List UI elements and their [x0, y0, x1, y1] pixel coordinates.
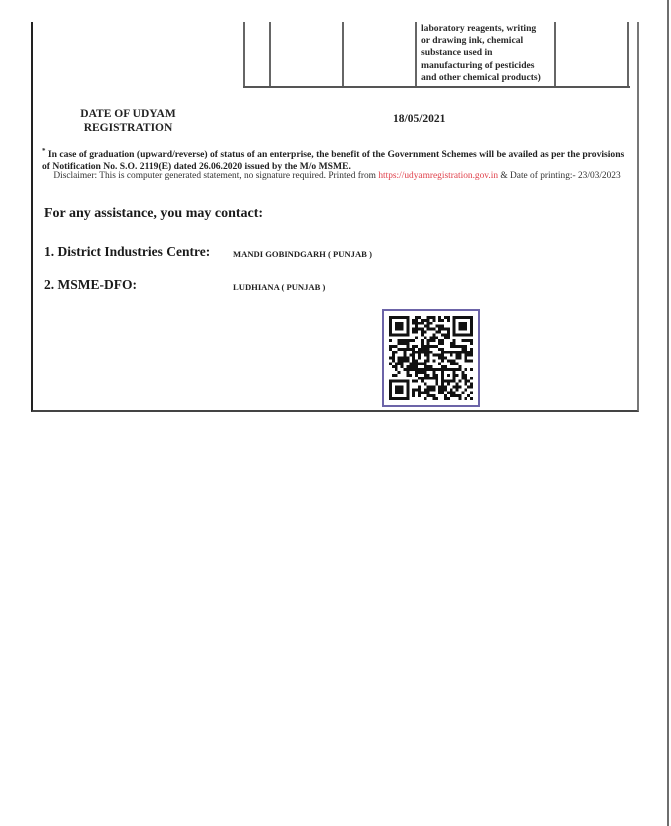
note-marker: * [42, 147, 46, 155]
contact-msme-dfo-value: LUDHIANA ( PUNJAB ) [233, 282, 325, 292]
contact-heading: For any assistance, you may contact: [44, 206, 263, 222]
disclaimer-prefix: Disclaimer: This is computer generated s… [53, 171, 378, 181]
certificate-page: laboratory reagents, writing or drawing … [31, 22, 639, 412]
cell-line: and other chemical products) [421, 72, 556, 84]
table-column-divider [342, 22, 344, 86]
contact-msme-dfo-label: 2. MSME-DFO: [44, 277, 137, 293]
disclaimer-suffix: & Date of printing:- 23/03/2023 [498, 171, 621, 181]
qr-code [382, 309, 480, 407]
graduation-note: * In case of graduation (upward/reverse)… [42, 146, 632, 172]
cell-line: or drawing ink, chemical [421, 35, 556, 47]
note-text: In case of graduation (upward/reverse) o… [42, 149, 624, 172]
table-column-divider [243, 22, 245, 86]
cell-line: manufacturing of pesticides [421, 60, 556, 72]
activity-description-cell: laboratory reagents, writing or drawing … [421, 23, 556, 84]
registration-date-value: 18/05/2021 [393, 113, 445, 125]
disclaimer: Disclaimer: This is computer generated s… [42, 171, 632, 182]
registration-date-label: DATE OF UDYAM REGISTRATION [68, 107, 188, 135]
page-edge-line [667, 0, 669, 826]
table-column-divider [627, 22, 629, 86]
udyam-registration-link[interactable]: https://udyamregistration.gov.in [378, 171, 498, 181]
cell-line: laboratory reagents, writing [421, 23, 556, 35]
contact-dic-value: MANDI GOBINDGARH ( PUNJAB ) [233, 249, 372, 259]
qr-code-icon [389, 316, 473, 400]
table-column-divider [415, 22, 417, 86]
contact-dic-label: 1. District Industries Centre: [44, 244, 210, 260]
cell-line: substance used in [421, 47, 556, 59]
enterprise-activity-table: laboratory reagents, writing or drawing … [243, 22, 630, 88]
table-column-divider [269, 22, 271, 86]
